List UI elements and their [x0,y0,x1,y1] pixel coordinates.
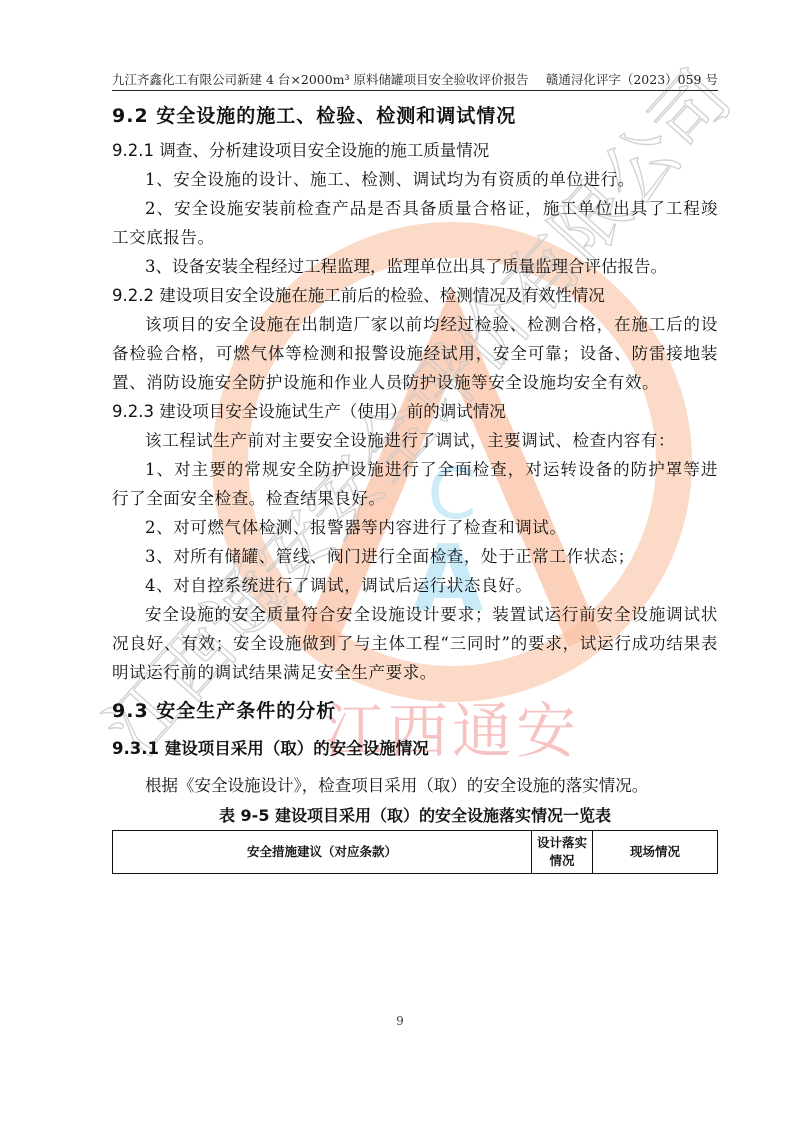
paragraph: 4、对自控系统进行了调试，调试后运行状态良好。 [112,571,718,600]
page-content: 9.2 安全设施的施工、检验、检测和调试情况 9.2.1 调查、分析建设项目安全… [112,96,718,874]
paragraph: 2、安全设施安装前检查产品是否具备质量合格证，施工单位出具了工程竣工交底报告。 [112,194,718,252]
paragraph: 该工程试生产前对主要安全设施进行了调试，主要调试、检查内容有： [112,426,718,455]
section-9-2-3-title: 9.2.3 建设项目安全设施试生产（使用）前的调试情况 [112,397,718,426]
paragraph: 3、设备安装全程经过工程监理，监理单位出具了质量监理合评估报告。 [112,252,718,281]
table-header-row: 安全措施建议（对应条款） 设计落实情况 现场情况 [113,831,718,874]
paragraph: 1、安全设施的设计、施工、检测、调试均为有资质的单位进行。 [112,165,718,194]
table-header-cell: 现场情况 [593,831,718,874]
section-9-2-title: 9.2 安全设施的施工、检验、检测和调试情况 [112,96,718,136]
safety-facilities-table: 安全措施建议（对应条款） 设计落实情况 现场情况 [112,830,718,874]
paragraph: 安全设施的安全质量符合安全设施设计要求；装置试运行前安全设施调试状况良好、有效；… [112,600,718,687]
header-report-number: 赣通浔化评字（2023）059 号 [546,70,718,88]
section-9-3-title: 9.3 安全生产条件的分析 [112,691,718,731]
header-report-title: 九江齐鑫化工有限公司新建 4 台×2000m³ 原料储罐项目安全验收评价报告 [112,70,529,88]
table-caption: 表 9-5 建设项目采用（取）的安全设施落实情况一览表 [112,802,718,830]
page-number: 9 [0,1014,800,1028]
page-header: 九江齐鑫化工有限公司新建 4 台×2000m³ 原料储罐项目安全验收评价报告 赣… [112,68,718,91]
paragraph: 1、对主要的常规安全防护设施进行了全面检查，对运转设备的防护罩等进行了全面安全检… [112,455,718,513]
paragraph: 根据《安全设施设计》，检查项目采用（取）的安全设施的落实情况。 [112,771,718,800]
section-9-2-2-title: 9.2.2 建设项目安全设施在施工前后的检验、检测情况及有效性情况 [112,281,718,310]
section-9-3-1-title: 9.3.1 建设项目采用（取）的安全设施情况 [112,731,718,767]
table-header-cell: 设计落实情况 [532,831,593,874]
table-header-cell: 安全措施建议（对应条款） [113,831,532,874]
paragraph: 3、对所有储罐、管线、阀门进行全面检查，处于正常工作状态； [112,542,718,571]
paragraph: 该项目的安全设施在出制造厂家以前均经过检验、检测合格，在施工后的设备检验合格，可… [112,310,718,397]
section-9-2-1-title: 9.2.1 调查、分析建设项目安全设施的施工质量情况 [112,136,718,165]
paragraph: 2、对可燃气体检测、报警器等内容进行了检查和调试。 [112,513,718,542]
